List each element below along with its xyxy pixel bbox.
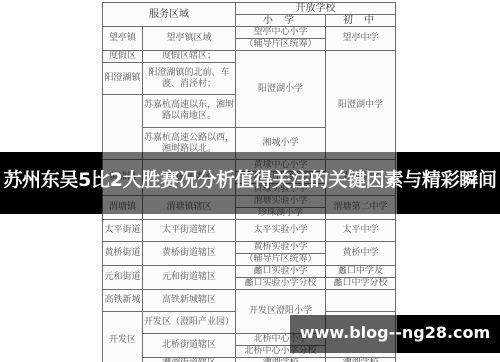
town-yangchenghu: 阳澄湖镇 bbox=[103, 63, 143, 95]
area-yangchenghu-2: 苏嘉杭高速以东，湘埘路以南地区。 bbox=[143, 95, 236, 128]
header-primary: 小 学 bbox=[236, 15, 326, 27]
town-gaotie: 高铁新城 bbox=[103, 290, 143, 312]
area-yangchenghu-1: 阳澄湖镇的北前、车渡、消泾村； bbox=[143, 63, 236, 95]
area-dujia: 度假区辖区； bbox=[143, 51, 236, 63]
town-yuanhe: 元和街道 bbox=[103, 266, 143, 290]
area-kaifa-2: 北桥街道辖区 bbox=[143, 334, 236, 358]
middle-gaotie-empty bbox=[326, 290, 396, 312]
header-middle: 初 中 bbox=[326, 15, 396, 27]
watermark-text: www.blog--ng28.com bbox=[290, 321, 500, 345]
headline-text: 苏州东吴5比2大胜赛况分析值得关注的关键因素与精彩瞬间 bbox=[0, 168, 500, 192]
area-huangqiao: 黄桥街道辖区 bbox=[143, 242, 236, 266]
town-kaifa: 开发区 bbox=[103, 312, 143, 362]
primary-yuanhe-1: 蠡口实验小学 bbox=[236, 266, 326, 278]
primary-huangqiao-2: （辅导片区统筹） bbox=[236, 254, 326, 266]
area-gaotie: 高铁新城辖区 bbox=[143, 290, 236, 312]
primary-huangqiao-1: 黄桥实验小学 bbox=[236, 242, 326, 254]
header-service-area: 服务区域 bbox=[103, 3, 236, 27]
middle-wangting: 望亭中学 bbox=[326, 27, 396, 51]
middle-huangqiao: 黄桥中学 bbox=[326, 242, 396, 266]
area-kaifa-1: 开发区（澄阳产业园） bbox=[143, 312, 236, 334]
area-wangting: 望亭镇区域 bbox=[143, 27, 236, 51]
middle-yuanhe-2: 蠡口中学分校 bbox=[326, 278, 396, 290]
middle-yangchenghu: 阳澄湖中学 bbox=[326, 51, 396, 160]
town-dujia: 度假区 bbox=[103, 51, 143, 63]
primary-wangting-2: （辅导片区统筹） bbox=[236, 39, 326, 51]
primary-yangchenghu: 阳澄湖小学 bbox=[236, 51, 326, 128]
header-open-schools: 开放学校 bbox=[236, 3, 396, 15]
town-wangting: 望亭镇 bbox=[103, 27, 143, 51]
image-stage: 服务区域 开放学校 小 学 初 中 望亭镇 望亭镇区域 望亭中心小学 望亭中学 … bbox=[0, 0, 500, 362]
primary-kaifa-3: 漕湖学校 bbox=[236, 358, 326, 362]
middle-yuanhe-1: 蠡口中学及 bbox=[326, 266, 396, 278]
primary-wangting-1: 望亭中心小学 bbox=[236, 27, 326, 39]
town-huangqiao: 黄桥街道 bbox=[103, 242, 143, 266]
town-yangchenghu-cont bbox=[103, 95, 143, 160]
area-yuanhe: 元和街道辖区 bbox=[143, 266, 236, 290]
middle-kaifa-3: 漕湖学校 bbox=[326, 358, 396, 362]
middle-taiping: 太平中学 bbox=[326, 220, 396, 242]
primary-yuanhe-2: 蠡口实验小学分校 bbox=[236, 278, 326, 290]
town-taiping: 太平街道 bbox=[103, 220, 143, 242]
primary-taiping: 太平实验小学 bbox=[236, 220, 326, 242]
area-taiping: 太平街道辖区 bbox=[143, 220, 236, 242]
area-kaifa-3: 漕湖街道辖区 bbox=[143, 358, 236, 362]
